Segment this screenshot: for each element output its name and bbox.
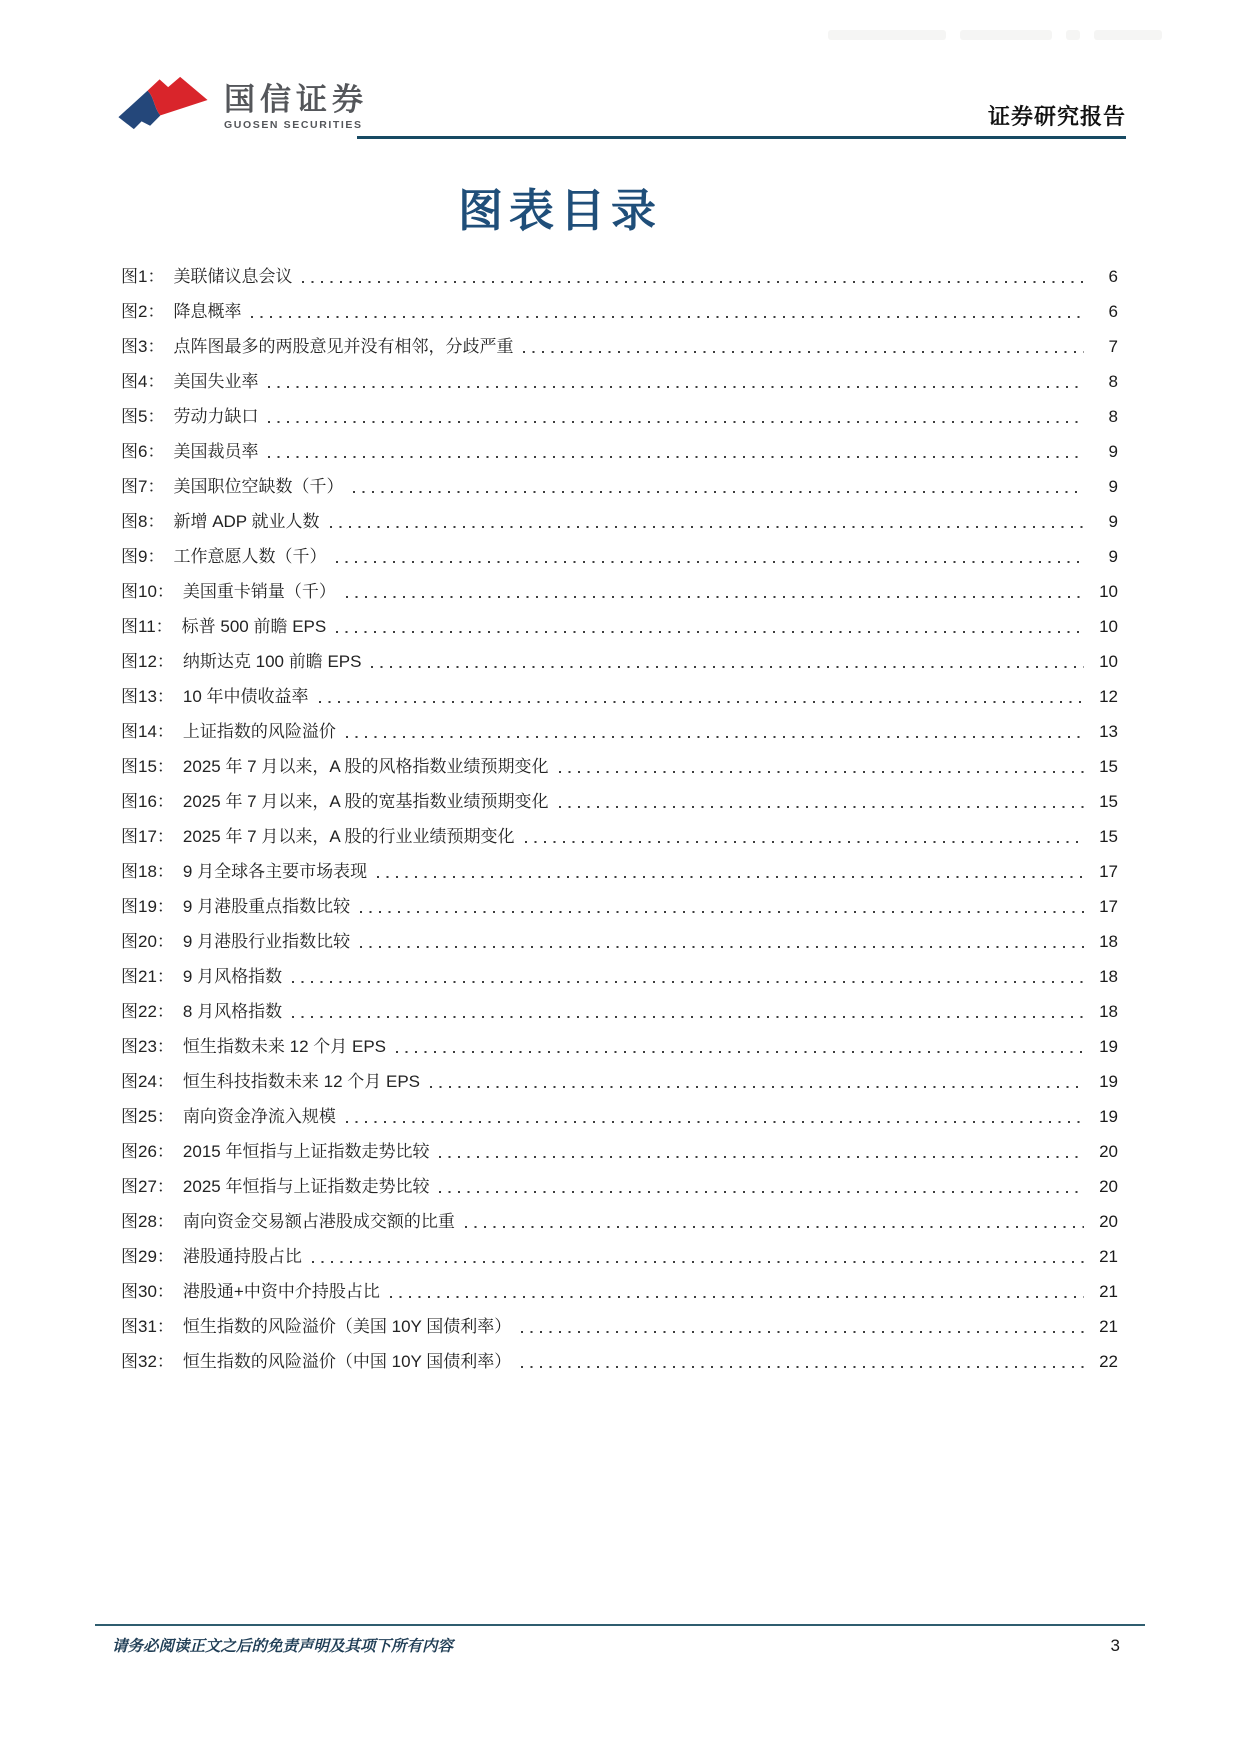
toc-entry-title: 降息概率 xyxy=(173,294,241,329)
toc-entry[interactable]: 图28： 南向资金交易额占港股成交额的比重 20 xyxy=(121,1204,1118,1239)
toc-entry[interactable]: 图7： 美国职位空缺数（千） 9 xyxy=(121,469,1118,504)
toc-entry-label: 图31： xyxy=(121,1309,174,1344)
toc-entry-label: 图15： xyxy=(121,749,174,784)
toc-list: 图1： 美联储议息会议 6 图2： 降息概率 6 图3： 点阵图最多的两股意见并… xyxy=(121,259,1118,1379)
faint-watermark xyxy=(828,30,1162,42)
toc-entry-title: 南向资金交易额占港股成交额的比重 xyxy=(183,1204,455,1239)
footer-page-number: 3 xyxy=(1111,1636,1120,1656)
toc-entry[interactable]: 图19： 9 月港股重点指数比较 17 xyxy=(121,889,1118,924)
toc-entry-title: 2015 年恒指与上证指数走势比较 xyxy=(183,1134,430,1169)
toc-entry-label: 图28： xyxy=(121,1204,174,1239)
toc-entry-title: 恒生指数未来 12 个月 EPS xyxy=(183,1029,386,1064)
toc-leader-dots xyxy=(559,784,1085,819)
toc-entry-title: 2025 年 7 月以来，A 股的行业业绩预期变化 xyxy=(183,819,515,854)
page-footer: 请务必阅读正文之后的免责声明及其项下所有内容 3 xyxy=(112,1634,1120,1656)
toc-entry-title: 港股通持股占比 xyxy=(183,1239,302,1274)
toc-entry[interactable]: 图25： 南向资金净流入规模 19 xyxy=(121,1099,1118,1134)
toc-entry-page: 15 xyxy=(1092,784,1118,819)
toc-entry-title: 恒生指数的风险溢价（美国 10Y 国债利率） xyxy=(183,1309,511,1344)
toc-leader-dots xyxy=(521,1309,1084,1344)
guosen-logo: 国信证券 GUOSEN SECURITIES xyxy=(224,84,368,131)
toc-leader-dots xyxy=(439,1169,1084,1204)
toc-entry[interactable]: 图11： 标普 500 前瞻 EPS 10 xyxy=(121,609,1118,644)
toc-entry-page: 15 xyxy=(1092,819,1118,854)
toc-entry-page: 20 xyxy=(1092,1134,1118,1169)
toc-leader-dots xyxy=(251,294,1084,329)
toc-entry-label: 图30： xyxy=(121,1274,174,1309)
toc-entry-page: 10 xyxy=(1092,609,1118,644)
toc-entry-page: 17 xyxy=(1092,854,1118,889)
toc-entry-label: 图17： xyxy=(121,819,174,854)
toc-leader-dots xyxy=(521,1344,1084,1379)
toc-entry[interactable]: 图8： 新增 ADP 就业人数 9 xyxy=(121,504,1118,539)
toc-entry-label: 图27： xyxy=(121,1169,174,1204)
toc-entry-title: 港股通+中资中介持股占比 xyxy=(183,1274,380,1309)
logo-chinese-name: 国信证券 xyxy=(224,84,368,116)
toc-entry-label: 图8： xyxy=(121,504,164,539)
toc-leader-dots xyxy=(319,679,1084,714)
toc-leader-dots xyxy=(268,399,1084,434)
toc-leader-dots xyxy=(330,504,1084,539)
toc-entry[interactable]: 图1： 美联储议息会议 6 xyxy=(121,259,1118,294)
toc-entry-title: 美国职位空缺数（千） xyxy=(173,469,343,504)
toc-entry-title: 美国裁员率 xyxy=(173,434,258,469)
report-page: 国信证券 GUOSEN SECURITIES 证券研究报告 图表目录 图1： 美… xyxy=(0,0,1240,1754)
toc-entry-page: 9 xyxy=(1092,504,1118,539)
toc-entry-page: 19 xyxy=(1092,1029,1118,1064)
toc-entry-page: 10 xyxy=(1092,574,1118,609)
toc-entry[interactable]: 图2： 降息概率 6 xyxy=(121,294,1118,329)
toc-entry-title: 劳动力缺口 xyxy=(173,399,258,434)
toc-entry-title: 上证指数的风险溢价 xyxy=(183,714,336,749)
guosen-logo-icon xyxy=(110,76,216,136)
toc-leader-dots xyxy=(377,854,1084,889)
toc-leader-dots xyxy=(268,434,1084,469)
toc-leader-dots xyxy=(430,1064,1084,1099)
toc-entry-page: 20 xyxy=(1092,1169,1118,1204)
toc-entry[interactable]: 图30： 港股通+中资中介持股占比 21 xyxy=(121,1274,1118,1309)
toc-entry[interactable]: 图22： 8 月风格指数 18 xyxy=(121,994,1118,1029)
toc-entry-page: 10 xyxy=(1092,644,1118,679)
header-divider xyxy=(357,136,1126,139)
toc-entry-label: 图9： xyxy=(121,539,164,574)
toc-leader-dots xyxy=(346,574,1084,609)
toc-entry-title: 9 月风格指数 xyxy=(183,959,282,994)
toc-entry-label: 图6： xyxy=(121,434,164,469)
toc-entry[interactable]: 图5： 劳动力缺口 8 xyxy=(121,399,1118,434)
page-title: 图表目录 xyxy=(0,174,1120,239)
toc-leader-dots xyxy=(302,259,1084,294)
toc-entry-title: 10 年中债收益率 xyxy=(183,679,309,714)
toc-entry-page: 9 xyxy=(1092,469,1118,504)
toc-leader-dots xyxy=(336,609,1084,644)
toc-entry-label: 图12： xyxy=(121,644,174,679)
toc-entry-page: 7 xyxy=(1092,329,1118,364)
toc-entry-page: 18 xyxy=(1092,994,1118,1029)
toc-leader-dots xyxy=(268,364,1084,399)
toc-entry-title: 点阵图最多的两股意见并没有相邻，分歧严重 xyxy=(173,329,513,364)
toc-entry-label: 图2： xyxy=(121,294,164,329)
toc-entry-title: 恒生指数的风险溢价（中国 10Y 国债利率） xyxy=(183,1344,511,1379)
toc-entry-title: 标普 500 前瞻 EPS xyxy=(182,609,327,644)
toc-entry-label: 图4： xyxy=(121,364,164,399)
toc-leader-dots xyxy=(292,959,1084,994)
toc-entry-page: 12 xyxy=(1092,679,1118,714)
toc-entry-title: 9 月港股重点指数比较 xyxy=(183,889,350,924)
toc-entry-page: 8 xyxy=(1092,364,1118,399)
toc-entry-title: 2025 年恒指与上证指数走势比较 xyxy=(183,1169,430,1204)
footer-divider xyxy=(95,1624,1145,1626)
toc-entry-label: 图23： xyxy=(121,1029,174,1064)
toc-entry-title: 南向资金净流入规模 xyxy=(183,1099,336,1134)
toc-entry-page: 9 xyxy=(1092,434,1118,469)
toc-entry[interactable]: 图32： 恒生指数的风险溢价（中国 10Y 国债利率） 22 xyxy=(121,1344,1118,1379)
toc-entry-page: 21 xyxy=(1092,1239,1118,1274)
toc-entry[interactable]: 图23： 恒生指数未来 12 个月 EPS 19 xyxy=(121,1029,1118,1064)
toc-entry-label: 图18： xyxy=(121,854,174,889)
toc-entry-page: 9 xyxy=(1092,539,1118,574)
toc-entry-title: 2025 年 7 月以来，A 股的风格指数业绩预期变化 xyxy=(183,749,549,784)
toc-entry-label: 图5： xyxy=(121,399,164,434)
toc-entry[interactable]: 图3： 点阵图最多的两股意见并没有相邻，分歧严重 7 xyxy=(121,329,1118,364)
toc-entry-label: 图22： xyxy=(121,994,174,1029)
report-type-label: 证券研究报告 xyxy=(988,100,1126,131)
toc-entry-title: 9 月全球各主要市场表现 xyxy=(183,854,367,889)
toc-entry-page: 19 xyxy=(1092,1064,1118,1099)
toc-entry[interactable]: 图31： 恒生指数的风险溢价（美国 10Y 国债利率） 21 xyxy=(121,1309,1118,1344)
toc-entry-label: 图14： xyxy=(121,714,174,749)
toc-entry-label: 图20： xyxy=(121,924,174,959)
toc-leader-dots xyxy=(346,714,1084,749)
toc-entry-title: 8 月风格指数 xyxy=(183,994,282,1029)
toc-entry-label: 图26： xyxy=(121,1134,174,1169)
toc-entry-title: 9 月港股行业指数比较 xyxy=(183,924,350,959)
toc-leader-dots xyxy=(346,1099,1084,1134)
toc-entry[interactable]: 图12： 纳斯达克 100 前瞻 EPS 10 xyxy=(121,644,1118,679)
toc-entry-label: 图10： xyxy=(121,574,174,609)
toc-entry-title: 新增 ADP 就业人数 xyxy=(173,504,319,539)
toc-entry-page: 22 xyxy=(1092,1344,1118,1379)
toc-entry[interactable]: 图18： 9 月全球各主要市场表现 17 xyxy=(121,854,1118,889)
toc-entry-title: 工作意愿人数（千） xyxy=(173,539,326,574)
toc-entry-title: 美联储议息会议 xyxy=(173,259,292,294)
toc-leader-dots xyxy=(523,329,1084,364)
toc-entry-label: 图29： xyxy=(121,1239,174,1274)
toc-entry[interactable]: 图13： 10 年中债收益率 12 xyxy=(121,679,1118,714)
toc-leader-dots xyxy=(390,1274,1084,1309)
toc-entry-label: 图13： xyxy=(121,679,174,714)
toc-entry[interactable]: 图21： 9 月风格指数 18 xyxy=(121,959,1118,994)
toc-entry-title: 纳斯达克 100 前瞻 EPS xyxy=(183,644,362,679)
toc-entry-page: 18 xyxy=(1092,959,1118,994)
toc-entry-label: 图24： xyxy=(121,1064,174,1099)
toc-entry[interactable]: 图16： 2025 年 7 月以来，A 股的宽基指数业绩预期变化 15 xyxy=(121,784,1118,819)
toc-entry-page: 17 xyxy=(1092,889,1118,924)
toc-entry-label: 图1： xyxy=(121,259,164,294)
toc-entry[interactable]: 图17： 2025 年 7 月以来，A 股的行业业绩预期变化 15 xyxy=(121,819,1118,854)
toc-entry-page: 15 xyxy=(1092,749,1118,784)
toc-entry[interactable]: 图14： 上证指数的风险溢价 13 xyxy=(121,714,1118,749)
toc-entry-label: 图3： xyxy=(121,329,164,364)
toc-entry-title: 美国失业率 xyxy=(173,364,258,399)
toc-entry-label: 图19： xyxy=(121,889,174,924)
toc-entry[interactable]: 图26： 2015 年恒指与上证指数走势比较 20 xyxy=(121,1134,1118,1169)
toc-leader-dots xyxy=(559,749,1085,784)
toc-entry-page: 20 xyxy=(1092,1204,1118,1239)
toc-entry[interactable]: 图15： 2025 年 7 月以来，A 股的风格指数业绩预期变化 15 xyxy=(121,749,1118,784)
toc-entry-page: 21 xyxy=(1092,1309,1118,1344)
toc-entry[interactable]: 图4： 美国失业率 8 xyxy=(121,364,1118,399)
toc-entry[interactable]: 图10： 美国重卡销量（千） 10 xyxy=(121,574,1118,609)
toc-entry-label: 图7： xyxy=(121,469,164,504)
toc-entry-page: 8 xyxy=(1092,399,1118,434)
toc-entry-title: 美国重卡销量（千） xyxy=(183,574,336,609)
toc-entry[interactable]: 图27： 2025 年恒指与上证指数走势比较 20 xyxy=(121,1169,1118,1204)
toc-leader-dots xyxy=(396,1029,1084,1064)
toc-leader-dots xyxy=(525,819,1085,854)
logo-english-name: GUOSEN SECURITIES xyxy=(224,119,368,131)
toc-leader-dots xyxy=(360,924,1084,959)
toc-leader-dots xyxy=(439,1134,1084,1169)
toc-entry[interactable]: 图9： 工作意愿人数（千） 9 xyxy=(121,539,1118,574)
toc-entry-page: 13 xyxy=(1092,714,1118,749)
toc-entry-label: 图11： xyxy=(121,609,173,644)
toc-leader-dots xyxy=(465,1204,1084,1239)
toc-entry[interactable]: 图6： 美国裁员率 9 xyxy=(121,434,1118,469)
toc-entry[interactable]: 图20： 9 月港股行业指数比较 18 xyxy=(121,924,1118,959)
toc-entry-title: 2025 年 7 月以来，A 股的宽基指数业绩预期变化 xyxy=(183,784,549,819)
toc-entry-label: 图32： xyxy=(121,1344,174,1379)
toc-entry-page: 6 xyxy=(1092,294,1118,329)
toc-entry-label: 图21： xyxy=(121,959,174,994)
toc-leader-dots xyxy=(312,1239,1084,1274)
toc-entry-page: 18 xyxy=(1092,924,1118,959)
toc-leader-dots xyxy=(371,644,1084,679)
toc-entry[interactable]: 图29： 港股通持股占比 21 xyxy=(121,1239,1118,1274)
disclaimer-text: 请务必阅读正文之后的免责声明及其项下所有内容 xyxy=(112,1634,453,1656)
toc-entry-page: 21 xyxy=(1092,1274,1118,1309)
toc-leader-dots xyxy=(353,469,1084,504)
toc-leader-dots xyxy=(292,994,1084,1029)
toc-entry-label: 图16： xyxy=(121,784,174,819)
toc-leader-dots xyxy=(360,889,1084,924)
toc-entry[interactable]: 图24： 恒生科技指数未来 12 个月 EPS 19 xyxy=(121,1064,1118,1099)
toc-leader-dots xyxy=(336,539,1084,574)
toc-entry-page: 6 xyxy=(1092,259,1118,294)
toc-entry-title: 恒生科技指数未来 12 个月 EPS xyxy=(183,1064,420,1099)
toc-entry-page: 19 xyxy=(1092,1099,1118,1134)
toc-entry-label: 图25： xyxy=(121,1099,174,1134)
